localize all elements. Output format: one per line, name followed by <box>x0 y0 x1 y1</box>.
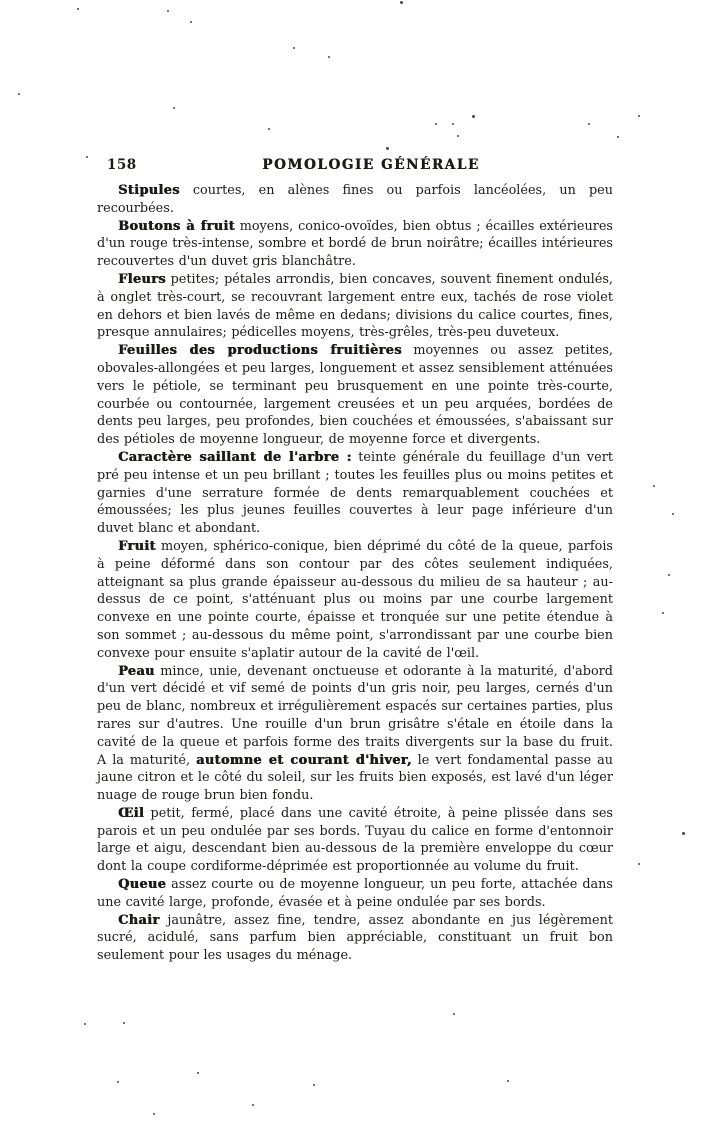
paragraph-lead: Stipules <box>118 183 180 198</box>
paragraph-queue: Queue assez courte ou de moyenne longueu… <box>97 876 613 912</box>
scan-speck <box>123 1022 125 1024</box>
paragraph-chair: Chair jaunâtre, assez fine, tendre, asse… <box>97 912 613 965</box>
scan-speck <box>328 56 330 58</box>
paragraph-text: moyen, sphérico-conique, bien déprimé du… <box>97 539 613 661</box>
scan-speck <box>268 128 270 130</box>
page-header: 158 POMOLOGIE GÉNÉRALE <box>97 156 613 178</box>
paragraph-lead: Chair <box>118 913 159 928</box>
scan-speck <box>452 123 454 125</box>
scan-speck <box>86 156 88 158</box>
paragraph-text: jaunâtre, assez fine, tendre, assez abon… <box>97 913 613 964</box>
paragraph-lead: Queue <box>118 877 166 892</box>
scan-speck <box>668 574 670 576</box>
paragraph-lead: Fleurs <box>118 272 166 287</box>
scan-speck <box>77 8 79 10</box>
scan-speck <box>453 1013 455 1015</box>
scan-speck <box>653 485 655 487</box>
scan-speck <box>672 513 674 515</box>
scan-speck <box>682 832 685 835</box>
paragraph-fruit: Fruit moyen, sphérico-conique, bien dépr… <box>97 538 613 663</box>
paragraph-text: petit, fermé, placé dans une cavité étro… <box>97 806 613 874</box>
running-title: POMOLOGIE GÉNÉRALE <box>262 157 479 173</box>
paragraph-fleurs: Fleurs petites; pétales arrondis, bien c… <box>97 271 613 342</box>
scan-speck <box>617 136 619 138</box>
paragraph-caractere-saillant: Caractère saillant de l'arbre : teinte g… <box>97 449 613 538</box>
scan-speck <box>472 115 475 118</box>
inline-bold-maturity: automne et courant d'hiver, <box>196 753 412 768</box>
scan-speck <box>457 135 459 137</box>
scan-speck <box>167 10 169 12</box>
paragraph-lead: Peau <box>118 664 155 679</box>
paragraph-stipules: Stipules courtes, en alènes fines ou par… <box>97 182 613 218</box>
scan-speck <box>117 1081 119 1083</box>
scan-speck <box>153 1113 155 1115</box>
scan-speck <box>400 1 403 4</box>
scan-speck <box>662 612 664 614</box>
scan-speck <box>173 107 175 109</box>
scan-speck <box>293 47 295 49</box>
paragraph-oeil: Œil petit, fermé, placé dans une cavité … <box>97 805 613 876</box>
paragraph-text: assez courte ou de moyenne longueur, un … <box>97 877 613 910</box>
scan-speck <box>507 1080 509 1082</box>
scan-speck <box>190 21 192 23</box>
body-text: Stipules courtes, en alènes fines ou par… <box>97 182 613 965</box>
scan-speck <box>197 1072 199 1074</box>
scan-speck <box>386 147 389 150</box>
scan-speck <box>84 1023 86 1025</box>
paragraph-peau: Peau mince, unie, devenant onctueuse et … <box>97 663 613 805</box>
scan-speck <box>588 123 590 125</box>
paragraph-lead: Caractère saillant de l'arbre : <box>118 450 352 465</box>
page-number: 158 <box>107 157 137 173</box>
paragraph-lead: Boutons à fruit <box>118 219 235 234</box>
scan-speck <box>18 93 20 95</box>
paragraph-lead: Œil <box>118 806 144 821</box>
paragraph-lead: Feuilles des productions fruitières <box>118 343 402 358</box>
paragraph-text: petites; pétales arrondis, bien concaves… <box>97 272 613 340</box>
paragraph-boutons-a-fruit: Boutons à fruit moyens, conico-ovoïdes, … <box>97 218 613 271</box>
paragraph-feuilles: Feuilles des productions fruitières moye… <box>97 342 613 449</box>
scan-speck <box>638 115 640 117</box>
scan-speck <box>313 1084 315 1086</box>
scan-speck <box>638 863 640 865</box>
scan-speck <box>252 1104 254 1106</box>
paragraph-lead: Fruit <box>118 539 156 554</box>
scan-speck <box>435 123 437 125</box>
paragraph-text: moyennes ou assez petites, obovales-allo… <box>97 343 613 447</box>
book-page: 158 POMOLOGIE GÉNÉRALE Stipules courtes,… <box>0 0 707 1125</box>
